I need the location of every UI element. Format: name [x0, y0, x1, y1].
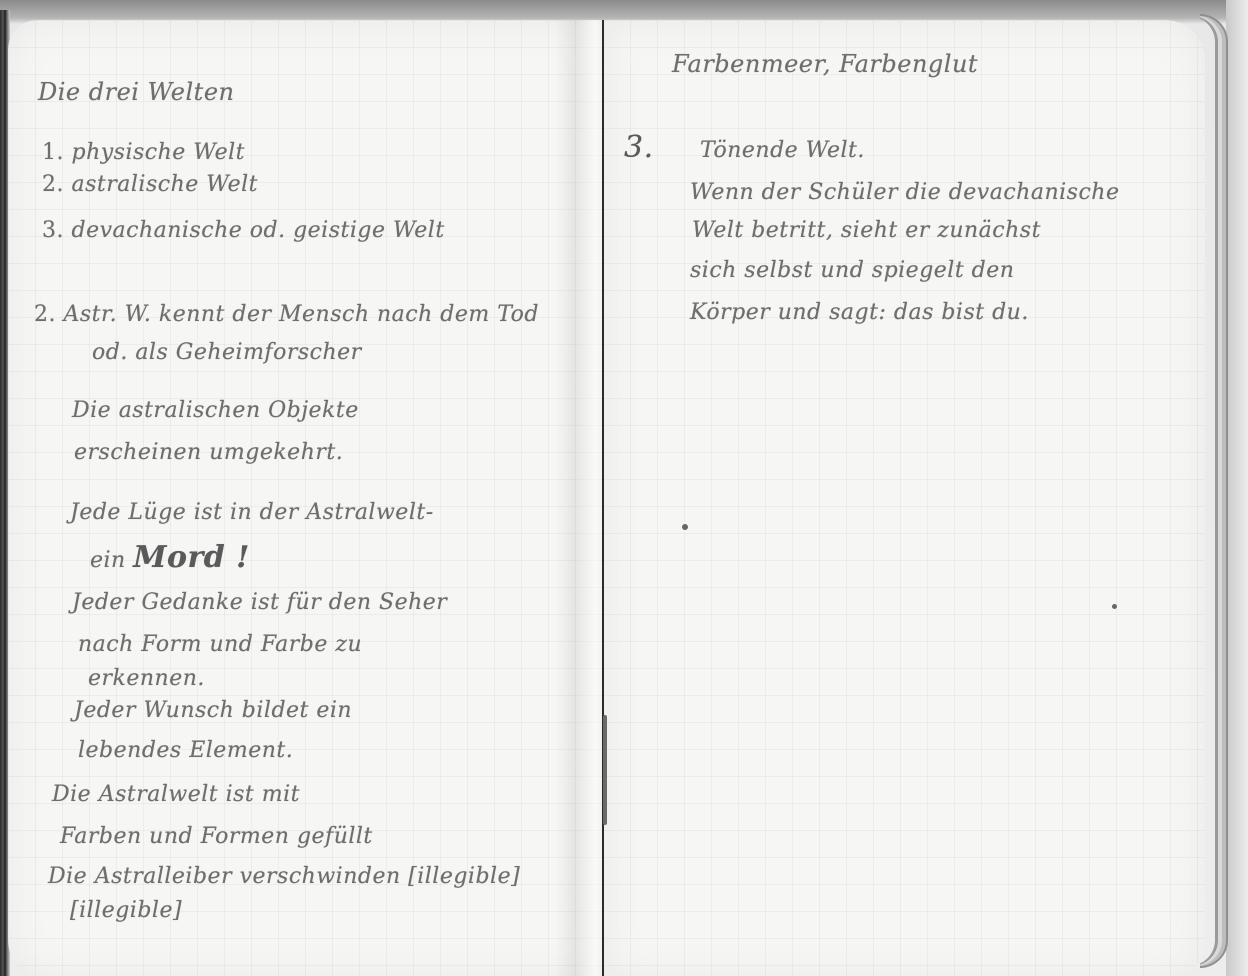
scan-background-right — [1226, 0, 1248, 976]
right-page-header: Farbenmeer, Farbenglut — [672, 50, 978, 78]
note-2-line-2: ein Mord ! — [90, 540, 250, 575]
section-text: Astr. W. kennt der Mensch nach dem Tod — [64, 302, 540, 327]
section-3-line-3: sich selbst und spiegelt den — [690, 258, 1014, 283]
list-item-text: physische Welt — [72, 140, 246, 165]
list-item-text: astralische Welt — [72, 172, 258, 197]
pencil-dot — [682, 524, 688, 530]
list-item-number: 1. — [42, 140, 64, 165]
spine-fold — [602, 20, 604, 976]
list-item-number: 3. — [42, 218, 64, 243]
note-2-emphasis: Mord ! — [133, 540, 250, 575]
section-3-number: 3. — [624, 130, 654, 165]
section-number: 2. — [34, 302, 56, 327]
note-1-line-1: Die astralischen Objekte — [72, 398, 359, 423]
list-item-text: devachanische od. geistige Welt — [72, 218, 445, 243]
list-item-number: 2. — [42, 172, 64, 197]
note-5-line-2: Farben und Formen gefüllt — [60, 824, 373, 849]
gutter-shadow — [555, 20, 605, 976]
binding-stitch — [603, 715, 607, 825]
section-3-title: Tönende Welt. — [700, 138, 865, 163]
list-item-1: 1. physische Welt — [42, 140, 245, 165]
note-2-line-1: Jede Lüge ist in der Astralwelt- — [70, 500, 434, 525]
section-3-line-4: Körper und sagt: das bist du. — [690, 300, 1029, 325]
section-2-line-1: 2. Astr. W. kennt der Mensch nach dem To… — [34, 302, 539, 327]
section-3-line-1: Wenn der Schüler die devachanische — [690, 180, 1119, 205]
section-3-line-2: Welt betritt, sieht er zunächst — [692, 218, 1041, 243]
note-3-line-2: nach Form und Farbe zu — [78, 632, 362, 657]
note-5-line-1: Die Astralwelt ist mit — [52, 782, 300, 807]
note-6-line-1: Die Astralleiber verschwinden [illegible… — [48, 864, 520, 889]
section-2-line-2: od. als Geheimforscher — [92, 340, 362, 365]
left-page-title: Die drei Welten — [38, 78, 235, 106]
note-4-line-1: Jeder Wunsch bildet ein — [74, 698, 352, 723]
note-1-line-2: erscheinen umgekehrt. — [74, 440, 343, 465]
note-2-prefix: ein — [90, 548, 126, 573]
pencil-dot — [1112, 604, 1117, 609]
note-4-line-2: lebendes Element. — [78, 738, 293, 763]
note-3-line-3: erkennen. — [88, 666, 205, 691]
note-6-line-2: [illegible] — [70, 898, 182, 923]
list-item-2: 2. astralische Welt — [42, 172, 258, 197]
list-item-3: 3. devachanische od. geistige Welt — [42, 218, 445, 243]
right-page — [603, 20, 1205, 976]
note-3-line-1: Jeder Gedanke ist für den Seher — [72, 590, 447, 615]
